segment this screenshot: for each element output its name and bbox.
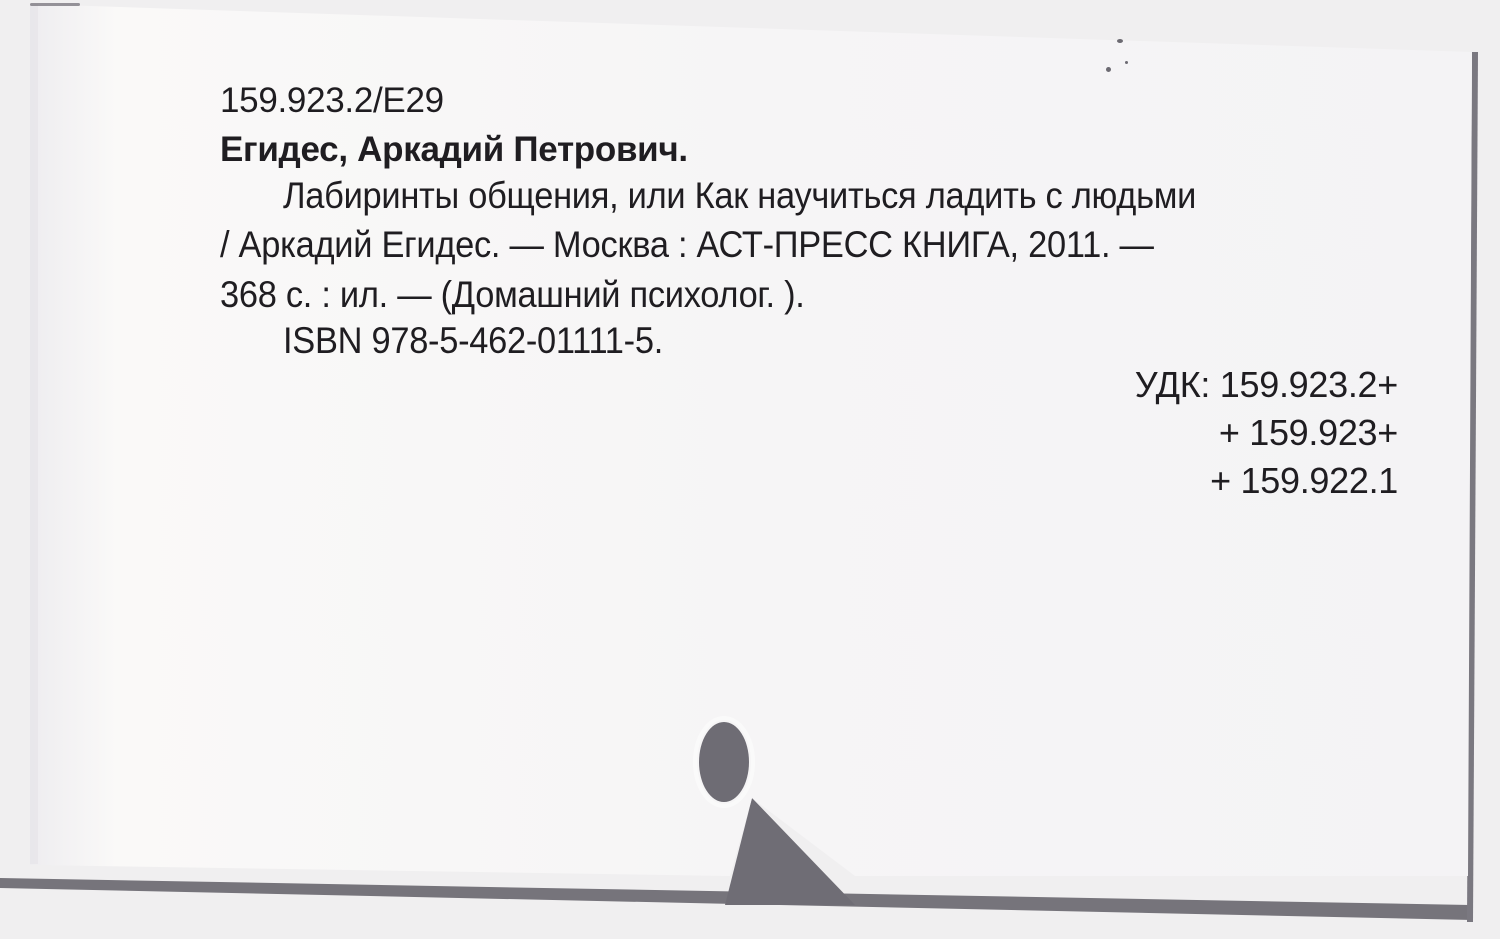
udk-line: + 159.922.1	[1210, 458, 1398, 504]
title-line: Лабиринты общения, или Как научиться лад…	[283, 173, 1196, 219]
title-line: 368 с. : ил. — (Домашний психолог. ).	[220, 272, 805, 318]
author-heading: Егидес, Аркадий Петрович.	[220, 127, 688, 173]
card-text: 159.923.2/Е29 Егидес, Аркадий Петрович. …	[0, 0, 1500, 939]
isbn: ISBN 978-5-462-01111-5.	[283, 318, 663, 364]
call-number: 159.923.2/Е29	[220, 78, 444, 124]
udk-line: УДК: 159.923.2+	[1135, 362, 1398, 408]
udk-line: + 159.923+	[1219, 410, 1398, 456]
title-line: / Аркадий Егидес. — Москва : АСТ-ПРЕСС К…	[220, 222, 1154, 268]
